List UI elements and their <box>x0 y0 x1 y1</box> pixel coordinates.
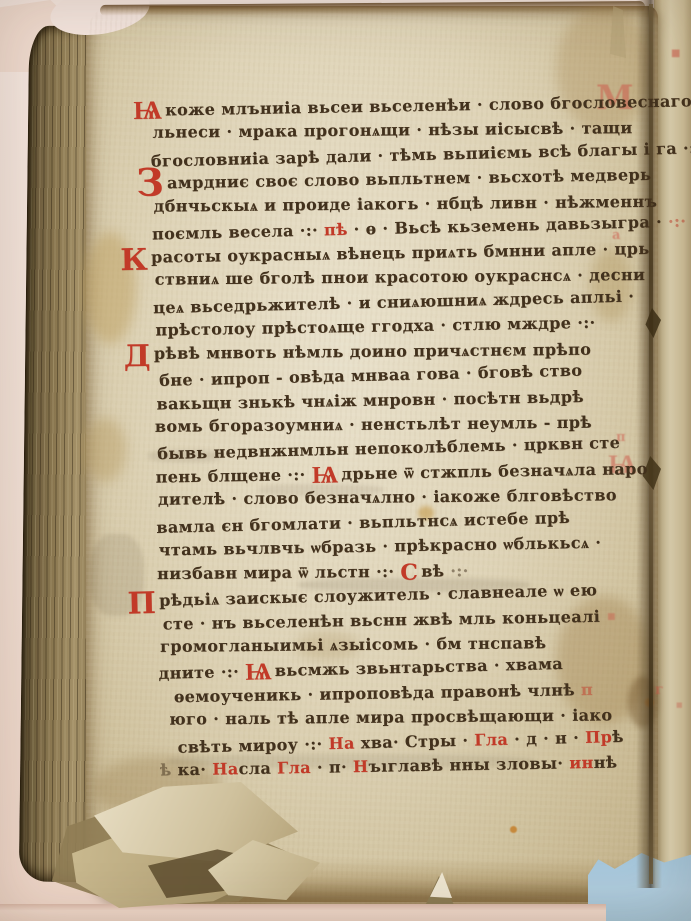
manuscript-line: сте · нъ вьселенѣн вьснн жвѣ мль коньцеа… <box>163 607 601 634</box>
text-segment: пень блщене ·:· <box>155 465 311 487</box>
manuscript-line: Дрѣвѣ мнвоть нѣмль доино причѧстнєм прѣп… <box>124 340 592 364</box>
text-segment: чтамь вьчлвчь ѡбразь · прѣкрасно ѡблькьс… <box>159 533 602 560</box>
drop-cap-initial: Ѩ <box>311 467 338 481</box>
drop-cap-initial: П <box>127 597 156 612</box>
text-segment: Вьсѣ кьземень давьзыгра · <box>394 212 662 238</box>
manuscript-line: бне · ипроп - овѣда мнваа гова · бговѣ с… <box>159 361 583 390</box>
text-segment: сла <box>238 758 277 778</box>
drop-cap-initial: К <box>120 254 148 268</box>
manuscript-line: дните ·:· Ѩвьсмжь звьнтарьства · хвама <box>158 654 563 683</box>
manuscript-line: Красоты оукрасныѧ вѣнець приѧть бмнни ап… <box>120 239 650 268</box>
text-segment: вамла єн бгомлати · вьпльтнсѧ истебе прѣ <box>156 508 570 537</box>
manuscript-line: вомь бгоразоумниѧ · ненстьлѣт неумль - п… <box>155 413 592 437</box>
text-segment: Пр <box>585 727 613 747</box>
text-segment: свѣть мироу ·:· <box>177 734 328 757</box>
manuscript-line: бывь недвнжнмльн непоколѣблемь · црквн с… <box>157 433 620 463</box>
text-segment: вакьщн знькѣ чнѧіж мнровн · посѣтн вьдрѣ <box>156 387 584 413</box>
manuscript-line: прѣстолоу прѣстоѧще ггодха · стлю мждре … <box>155 313 595 341</box>
text-segment: дните ·:· <box>158 662 245 683</box>
manuscript-line: льнеси · мрака прогонѧщи · нѣзы иісысвѣ … <box>152 118 632 143</box>
text-segment: На <box>328 733 355 753</box>
text-segment: сте · нъ вьселенѣн вьснн жвѣ мль коньцеа… <box>163 607 601 634</box>
drop-cap-initial: С <box>400 566 418 580</box>
text-segment: пѣ <box>324 220 348 240</box>
drop-cap-initial: З <box>136 175 164 189</box>
text-segment: Гла <box>474 730 508 750</box>
text-segment: рѣвѣ мнвоть нѣмль доино причѧстнєм прѣпо <box>154 340 592 363</box>
manuscript-line: низбавн мира ѿ льстн ·:· Свѣ ·:· <box>157 561 469 584</box>
text-segment: ствниѧ ше бголѣ пнои красотою оукраснсѧ … <box>155 265 646 289</box>
manuscript-line: дителѣ · слово безначѧлно · іакоже блгов… <box>158 485 617 509</box>
manuscript-line: громогланыимьі ѧзыісомь · бм тнспавѣ <box>160 633 546 657</box>
manuscript-line: вакьщн знькѣ чнѧіж мнровн · посѣтн вьдрѣ <box>156 387 584 414</box>
manuscript-line: пень блщене ·:· Ѩдрьне ѿ стжпль безначѧл… <box>155 459 647 488</box>
text-segment: · п· <box>311 757 353 777</box>
text-segment: дрьне ѿ стжпль безначѧла наро <box>341 459 648 483</box>
manuscript-line: свѣть мироу ·:· На хва· Стры · Гла · д ·… <box>177 727 624 757</box>
text-segment: На <box>212 759 239 778</box>
text-segment: хва· <box>355 732 406 752</box>
text-segment: дбнчьскыѧ и проиде іакогь · нбцѣ ливн · … <box>153 192 657 216</box>
text-segment: · ѳ · <box>347 219 394 239</box>
text-segment: юго · наль тѣ апле мира просвѣщающи · іа… <box>169 705 612 728</box>
manuscript-line: ствниѧ ше бголѣ пнои красотою оукраснсѧ … <box>155 265 646 290</box>
text-segment: прѣстолоу прѣстоѧще ггодха · стлю мждре … <box>155 313 595 340</box>
text-segment: расоты оукрасныѧ вѣнець приѧть бмнни апл… <box>151 239 650 267</box>
text-segment: бывь недвнжнмльн непоколѣблемь · црквн с… <box>157 433 620 463</box>
manuscript-photo: Ѩкоже млъниіа вьсеи вьселенѣи · слово бг… <box>0 0 691 921</box>
text-segment: ·:· <box>662 211 687 231</box>
text-segment: коже млъниіа вьсеи вьселенѣи · слово бго… <box>165 90 691 119</box>
text-segment: нѣ <box>594 753 618 772</box>
manuscript-line: Прѣдьіѧ заискыє слоужитель · славнеале ѡ… <box>127 580 597 611</box>
text-segment: низбавн мира ѿ льстн ·:· <box>157 562 400 583</box>
manuscript-line: Ѩкоже млъниіа вьсеи вьселенѣи · слово бг… <box>133 90 691 120</box>
drop-cap-initial: Ѩ <box>245 664 272 679</box>
text-segment: ин <box>569 753 594 772</box>
drop-cap-initial: Ѩ <box>133 104 162 119</box>
text-segment: ѳемоученикь · ипроповѣда правонѣ члнѣ <box>174 680 575 706</box>
text-segment: п <box>575 680 593 699</box>
text-segment: амрдниє своє слово вьпльтнем · вьсхотѣ м… <box>167 165 652 192</box>
text-segment: ·:· <box>444 561 468 580</box>
manuscript-line: чтамь вьчлвчь ѡбразь · прѣкрасно ѡблькьс… <box>159 533 602 561</box>
text-segment: ѣ <box>160 760 178 779</box>
text-segment: ка· <box>177 760 212 780</box>
text-segment: Н <box>353 757 369 776</box>
text-segment: ѣ <box>612 727 624 746</box>
text-segment: громогланыимьі ѧзыісомь · бм тнспавѣ <box>160 633 546 656</box>
text-segment: бне · ипроп - овѣда мнваа гова · бговѣ с… <box>159 361 583 390</box>
text-segment: · д · н · <box>508 728 585 749</box>
text-segment: вѣ <box>421 561 444 580</box>
drop-cap-initial: Д <box>124 350 151 364</box>
text-segment: Гла <box>277 758 311 778</box>
text-segment: рѣдьіѧ заискыє слоужитель · славнеале ѡ … <box>159 580 598 610</box>
manuscript-text-block: Ѩкоже млъниіа вьсеи вьселенѣи · слово бг… <box>0 0 691 921</box>
text-segment: вьсмжь звьнтарьства · хвама <box>275 654 564 680</box>
manuscript-line: дбнчьскыѧ и проиде іакогь · нбцѣ ливн · … <box>153 192 657 217</box>
manuscript-line: ѣ ка· Насла Гла · п· Нъıглавѣ нны зловы·… <box>160 753 618 780</box>
text-segment: вомь бгоразоумниѧ · ненстьлѣт неумль - п… <box>155 413 592 436</box>
text-segment: льнеси · мрака прогонѧщи · нѣзы иісысвѣ … <box>152 118 632 142</box>
text-segment: дителѣ · слово безначѧлно · іакоже блгов… <box>158 485 617 508</box>
text-segment: поємль весела ·:· <box>152 220 324 243</box>
text-segment: ъıглавѣ нны зловы· <box>368 753 569 776</box>
manuscript-line: юго · наль тѣ апле мира просвѣщающи · іа… <box>169 705 612 728</box>
text-segment: Стры · <box>405 731 475 752</box>
manuscript-line: ѳемоученикь · ипроповѣда правонѣ члнѣ п <box>174 680 594 706</box>
